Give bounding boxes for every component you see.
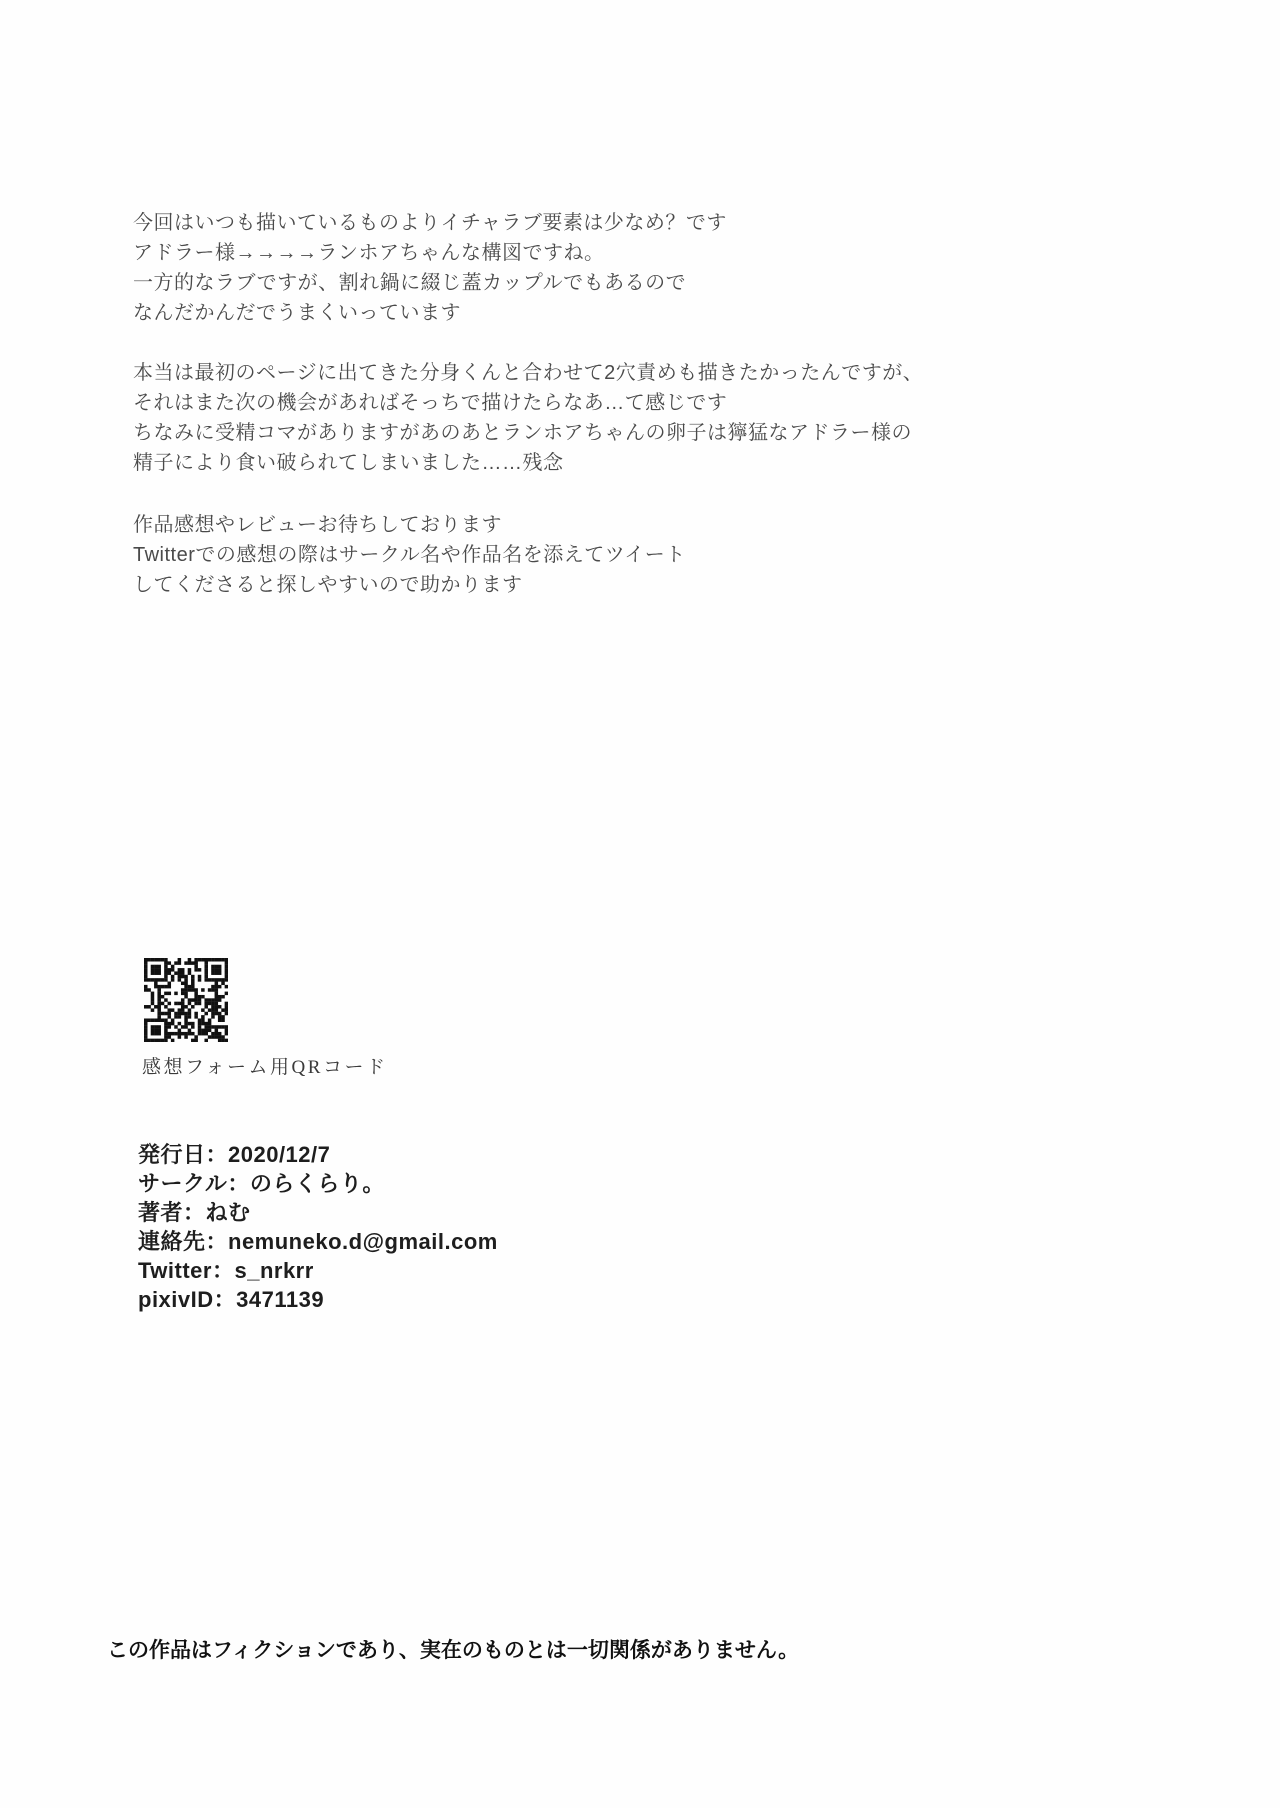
text-line: Twitterでの感想の際はサークル名や作品名を添えてツイート xyxy=(133,540,686,570)
afterword-paragraph-3: 作品感想やレビューお待ちしております Twitterでの感想の際はサークル名や作… xyxy=(133,510,686,600)
colophon: 発行日：2020/12/7 サークル：のらくらり。 著者：ねむ 連絡先：nemu… xyxy=(138,1140,498,1314)
afterword-page: 今回はいつも描いているものよりイチャラブ要素は少なめ？です アドラー様→→→→ラ… xyxy=(0,0,1280,1808)
colophon-line-pixiv-id: pixivID：3471139 xyxy=(138,1285,498,1314)
text-line: ちなみに受精コマがありますがあのあとランホアちゃんの卵子は獰猛なアドラー様の xyxy=(133,418,923,448)
qr-caption: 感想フォーム用QRコード xyxy=(142,1052,387,1079)
text-line: 精子により食い破られてしまいました……残念 xyxy=(133,448,923,478)
text-line: 本当は最初のページに出てきた分身くんと合わせて2穴責めも描きたかったんですが、 xyxy=(133,358,923,388)
text-line: 一方的なラブですが、割れ鍋に綴じ蓋カップルでもあるので xyxy=(133,268,727,298)
colophon-line-publish-date: 発行日：2020/12/7 xyxy=(138,1140,498,1169)
colophon-line-contact: 連絡先：nemuneko.d@gmail.com xyxy=(138,1227,498,1256)
colophon-line-twitter: Twitter：s_nrkrr xyxy=(138,1256,498,1285)
text-line: 今回はいつも描いているものよりイチャラブ要素は少なめ？です xyxy=(133,208,727,238)
qr-code-icon xyxy=(144,958,228,1042)
disclaimer: この作品はフィクションであり、実在のものとは一切関係がありません。 xyxy=(107,1638,799,1664)
text-line: なんだかんだでうまくいっています xyxy=(133,298,727,328)
colophon-line-circle: サークル：のらくらり。 xyxy=(138,1169,498,1198)
afterword-paragraph-1: 今回はいつも描いているものよりイチャラブ要素は少なめ？です アドラー様→→→→ラ… xyxy=(133,208,727,328)
text-line: してくださると探しやすいので助かります xyxy=(133,570,686,600)
text-line: それはまた次の機会があればそっちで描けたらなあ…て感じです xyxy=(133,388,923,418)
colophon-line-author: 著者：ねむ xyxy=(138,1198,498,1227)
text-line: アドラー様→→→→ランホアちゃんな構図ですね。 xyxy=(133,238,727,268)
afterword-paragraph-2: 本当は最初のページに出てきた分身くんと合わせて2穴責めも描きたかったんですが、 … xyxy=(133,358,923,478)
text-line: 作品感想やレビューお待ちしております xyxy=(133,510,686,540)
